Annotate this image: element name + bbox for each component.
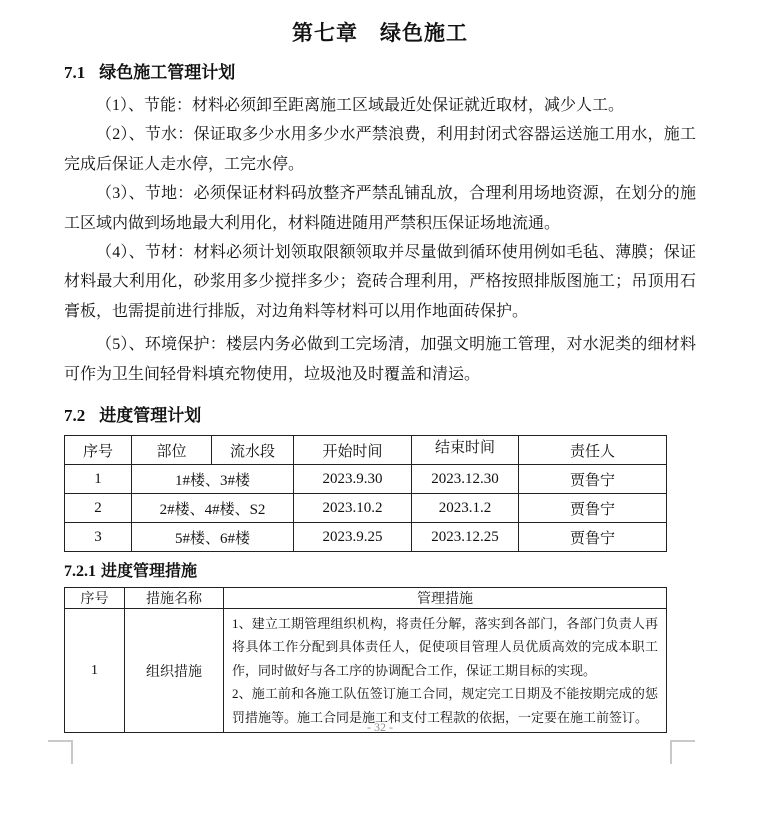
section-title: 进度管理计划 — [99, 406, 201, 425]
cell-no: 2 — [65, 494, 132, 523]
page-number: - 32 - — [64, 720, 696, 735]
cell-no: 1 — [65, 609, 125, 733]
page-content: 第七章 绿色施工 7.1绿色施工管理计划 （1）、节能：材料必须卸至距离施工区域… — [64, 0, 696, 733]
cell-end: 2023.1.2 — [412, 494, 519, 523]
chapter-title: 第七章 绿色施工 — [64, 20, 696, 46]
schedule-row-3: 3 5#楼、6#楼 2023.9.25 2023.12.25 贾鲁宁 — [65, 523, 667, 552]
cell-start: 2023.9.30 — [294, 465, 412, 494]
cell-owner: 贾鲁宁 — [519, 523, 667, 552]
cell-end: 2023.12.30 — [412, 465, 519, 494]
cell-owner: 贾鲁宁 — [519, 494, 667, 523]
section-title: 绿色施工管理计划 — [99, 63, 235, 82]
schedule-row-2: 2 2#楼、4#楼、S2 2023.10.2 2023.1.2 贾鲁宁 — [65, 494, 667, 523]
section-number: 7.1 — [64, 63, 85, 82]
header-cell-owner: 责任人 — [519, 436, 667, 465]
section-7-1-heading: 7.1绿色施工管理计划 — [64, 61, 696, 85]
header-cell-end: 结束时间 — [412, 436, 519, 465]
cell-location: 2#楼、4#楼、S2 — [132, 494, 294, 523]
measure-item-1: 1、建立工期管理组织机构，将责任分解，落实到各部门，各部门负责人再将具体工作分配… — [232, 612, 658, 682]
section-7-2-1: 7.2.1进度管理措施 序号 措施名称 管理措施 1 组织措施 — [64, 561, 696, 733]
header-cell-flow: 流水段 — [212, 436, 294, 465]
cell-location: 5#楼、6#楼 — [132, 523, 294, 552]
section-number: 7.2.1 — [64, 563, 96, 580]
section-number: 7.2 — [64, 406, 85, 425]
paragraph-land-saving: （3）、节地：必须保证材料码放整齐严禁乱铺乱放，合理利用场地资源，在划分的施工区… — [64, 179, 696, 238]
header-cell-no: 序号 — [65, 436, 132, 465]
cell-start: 2023.9.25 — [294, 523, 412, 552]
cell-owner: 贾鲁宁 — [519, 465, 667, 494]
paragraph-water-saving: （2）、节水：保证取多少水用多少水严禁浪费，利用封闭式容器运送施工用水，施工完成… — [64, 120, 696, 179]
paragraph-material-saving: （4）、节材：材料必须计划领取限额领取并尽量做到循环使用例如毛毡、薄膜；保证材料… — [64, 238, 696, 326]
crop-mark-bottom-left — [48, 740, 73, 764]
section-7-2-heading: 7.2进度管理计划 — [64, 404, 696, 428]
header-cell-part: 部位 — [132, 436, 212, 465]
cell-start: 2023.10.2 — [294, 494, 412, 523]
section-7-2-1-heading: 7.2.1进度管理措施 — [64, 561, 696, 583]
header-cell-measures: 管理措施 — [224, 588, 667, 609]
section-7-2: 7.2进度管理计划 序号 部位 流水段 开始时间 结束时间 责任人 — [64, 404, 696, 552]
cell-no: 1 — [65, 465, 132, 494]
cell-end: 2023.12.25 — [412, 523, 519, 552]
measures-table-header-row: 序号 措施名称 管理措施 — [65, 588, 667, 609]
schedule-table-header-row: 序号 部位 流水段 开始时间 结束时间 责任人 — [65, 436, 667, 465]
paragraph-energy-saving: （1）、节能：材料必须卸至距离施工区域最近处保证就近取材，减少人工。 — [64, 91, 696, 120]
section-7-1: 7.1绿色施工管理计划 （1）、节能：材料必须卸至距离施工区域最近处保证就近取材… — [64, 61, 696, 389]
cell-measure-detail: 1、建立工期管理组织机构，将责任分解，落实到各部门，各部门负责人再将具体工作分配… — [224, 609, 667, 733]
cell-no: 3 — [65, 523, 132, 552]
document-page: 第七章 绿色施工 7.1绿色施工管理计划 （1）、节能：材料必须卸至距离施工区域… — [0, 0, 760, 815]
crop-mark-bottom-right — [670, 740, 695, 764]
measures-table: 序号 措施名称 管理措施 1 组织措施 1、建立工期管理组织机构，将责任分解，落… — [64, 587, 667, 733]
header-cell-start: 开始时间 — [294, 436, 412, 465]
schedule-row-1: 1 1#楼、3#楼 2023.9.30 2023.12.30 贾鲁宁 — [65, 465, 667, 494]
cell-location: 1#楼、3#楼 — [132, 465, 294, 494]
section-7-1-body: （1）、节能：材料必须卸至距离施工区域最近处保证就近取材，减少人工。 （2）、节… — [64, 91, 696, 389]
section-title: 进度管理措施 — [101, 563, 197, 580]
cell-measure-name: 组织措施 — [125, 609, 224, 733]
paragraph-environment-protection: （5）、环境保护：楼层内务必做到工完场清，加强文明施工管理，对水泥类的细材料可作… — [64, 330, 696, 389]
header-cell-name: 措施名称 — [125, 588, 224, 609]
header-cell-no: 序号 — [65, 588, 125, 609]
measures-row-1: 1 组织措施 1、建立工期管理组织机构，将责任分解，落实到各部门，各部门负责人再… — [65, 609, 667, 733]
schedule-table: 序号 部位 流水段 开始时间 结束时间 责任人 1 1#楼、3#楼 2023.9… — [64, 435, 667, 552]
